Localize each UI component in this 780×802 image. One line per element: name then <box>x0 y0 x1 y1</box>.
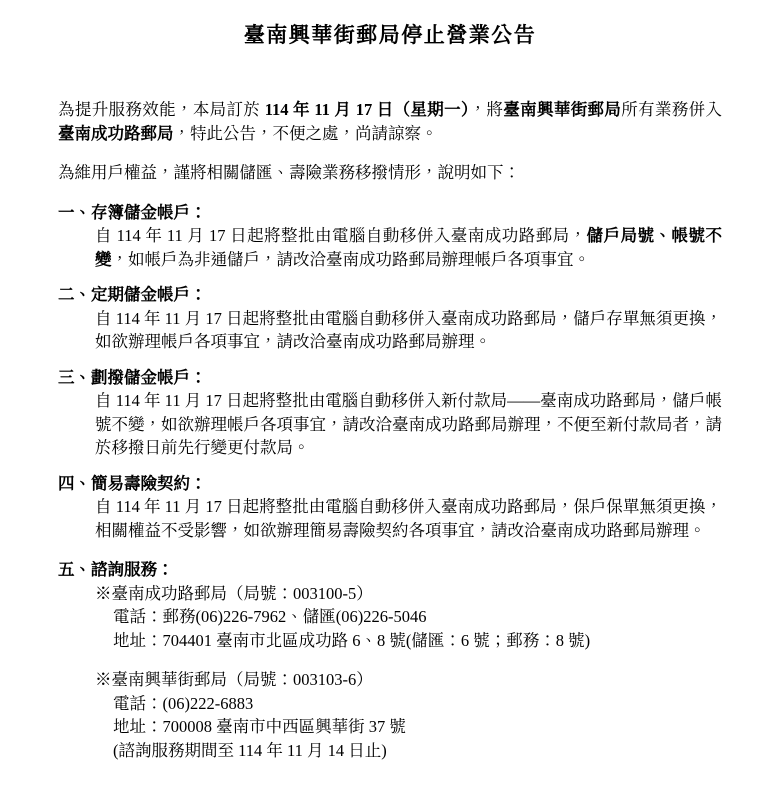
office-phone-line: 電話：(06)222-6883 <box>113 692 722 716</box>
office-name-line: ※臺南興華街郵局（局號：003103-6） <box>95 668 722 692</box>
section-heading-life-insurance: 四、簡易壽險契約： <box>58 472 722 496</box>
section-heading-giro-account: 三、劃撥儲金帳戶： <box>58 366 722 390</box>
intro-paragraph: 為提升服務效能，本局訂於 114 年 11 月 17 日（星期一），將臺南興華街… <box>58 98 722 145</box>
section-passbook-savings: 一、存簿儲金帳戶： 自 114 年 11 月 17 日起將整批由電腦自動移併入臺… <box>58 201 722 272</box>
office-chenggong-road: ※臺南成功路郵局（局號：003100-5） 電話：郵務(06)226-7962、… <box>95 582 722 653</box>
section-body-giro-account: 自 114 年 11 月 17 日起將整批由電腦自動移併入新付款局——臺南成功路… <box>95 389 722 460</box>
section-heading-time-deposit: 二、定期儲金帳戶： <box>58 283 722 307</box>
office-name-line: ※臺南成功路郵局（局號：003100-5） <box>95 582 722 606</box>
section-body-life-insurance: 自 114 年 11 月 17 日起將整批由電腦自動移併入臺南成功路郵局，保戶保… <box>95 495 722 542</box>
section-giro-account: 三、劃撥儲金帳戶： 自 114 年 11 月 17 日起將整批由電腦自動移併入新… <box>58 366 722 460</box>
section-body-passbook-savings: 自 114 年 11 月 17 日起將整批由電腦自動移併入臺南成功路郵局，儲戶局… <box>95 224 722 271</box>
office-xinghua-street: ※臺南興華街郵局（局號：003103-6） 電話：(06)222-6883 地址… <box>95 668 722 762</box>
purpose-paragraph: 為維用戶權益，謹將相關儲匯、壽險業務移撥情形，說明如下： <box>58 161 722 185</box>
office-address-line: 地址：704401 臺南市北區成功路 6、8 號(儲匯：6 號；郵務：8 號) <box>113 629 722 653</box>
office-address-line: 地址：700008 臺南市中西區興華街 37 號 <box>113 715 722 739</box>
page-title: 臺南興華街郵局停止營業公告 <box>58 22 722 48</box>
announcement-document: 臺南興華街郵局停止營業公告 為提升服務效能，本局訂於 114 年 11 月 17… <box>0 0 780 802</box>
section-heading-inquiry-service: 五、諮詢服務： <box>58 558 722 582</box>
office-phone-line: 電話：郵務(06)226-7962、儲匯(06)226-5046 <box>113 605 722 629</box>
office-note-line: (諮詢服務期間至 114 年 11 月 14 日止) <box>113 739 722 763</box>
section-body-time-deposit: 自 114 年 11 月 17 日起將整批由電腦自動移併入臺南成功路郵局，儲戶存… <box>95 307 722 354</box>
section-inquiry-service: 五、諮詢服務： ※臺南成功路郵局（局號：003100-5） 電話：郵務(06)2… <box>58 558 722 762</box>
section-life-insurance: 四、簡易壽險契約： 自 114 年 11 月 17 日起將整批由電腦自動移併入臺… <box>58 472 722 543</box>
section-time-deposit: 二、定期儲金帳戶： 自 114 年 11 月 17 日起將整批由電腦自動移併入臺… <box>58 283 722 354</box>
section-heading-passbook-savings: 一、存簿儲金帳戶： <box>58 201 722 225</box>
